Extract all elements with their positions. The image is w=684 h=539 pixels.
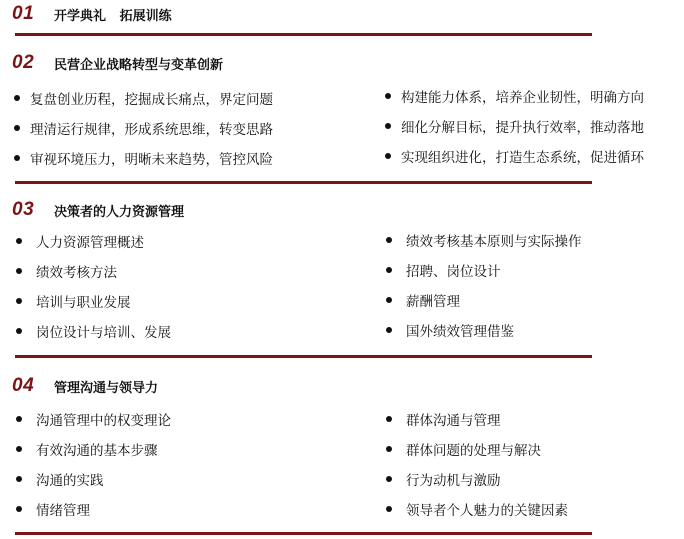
section-divider — [15, 181, 592, 184]
section-03-left-list: 人力资源管理概述 绩效考核方法 培训与职业发展 岗位设计与培训、发展 — [16, 226, 171, 346]
bullet-icon — [16, 416, 22, 422]
section-number: 03 — [12, 199, 54, 221]
bullet-icon — [386, 237, 392, 243]
section-04-left-list: 沟通管理中的权变理论 有效沟通的基本步骤 沟通的实践 情绪管理 — [16, 404, 171, 524]
bullet-icon — [16, 476, 22, 482]
section-number: 02 — [12, 52, 54, 74]
section-02-right-list: 构建能力体系，培养企业韧性，明确方向 细化分解目标，提升执行效率，推动落地 实现… — [385, 81, 644, 171]
section-title: 决策者的人力资源管理 — [54, 201, 184, 220]
list-item: 人力资源管理概述 — [16, 226, 171, 256]
list-item: 国外绩效管理借鉴 — [386, 315, 582, 345]
bullet-icon — [386, 446, 392, 452]
section-title: 民营企业战略转型与变革创新 — [54, 54, 223, 73]
list-item: 复盘创业历程，挖掘成长痛点，界定问题 — [14, 83, 273, 113]
list-item: 群体沟通与管理 — [386, 404, 568, 434]
list-item: 情绪管理 — [16, 494, 171, 524]
list-item: 绩效考核方法 — [16, 256, 171, 286]
section-divider — [15, 532, 592, 535]
bullet-icon — [16, 328, 22, 334]
section-03-right-list: 绩效考核基本原则与实际操作 招聘、岗位设计 薪酬管理 国外绩效管理借鉴 — [386, 225, 582, 345]
bullet-icon — [386, 476, 392, 482]
section-01-header: 01 开学典礼 拓展训练 — [12, 2, 172, 26]
section-03-header: 03 决策者的人力资源管理 — [12, 198, 184, 222]
list-item: 有效沟通的基本步骤 — [16, 434, 171, 464]
bullet-icon — [385, 93, 391, 99]
bullet-icon — [386, 297, 392, 303]
bullet-icon — [16, 298, 22, 304]
bullet-icon — [385, 153, 391, 159]
list-item: 沟通的实践 — [16, 464, 171, 494]
bullet-icon — [16, 446, 22, 452]
section-number: 01 — [12, 3, 54, 25]
section-04-right-list: 群体沟通与管理 群体问题的处理与解决 行为动机与激励 领导者个人魅力的关键因素 — [386, 404, 568, 524]
bullet-icon — [386, 267, 392, 273]
list-item: 行为动机与激励 — [386, 464, 568, 494]
bullet-icon — [385, 123, 391, 129]
bullet-icon — [14, 125, 20, 131]
bullet-icon — [16, 238, 22, 244]
list-item: 绩效考核基本原则与实际操作 — [386, 225, 582, 255]
section-divider — [15, 33, 592, 36]
list-item: 实现组织进化，打造生态系统，促进循环 — [385, 141, 644, 171]
section-title: 开学典礼 拓展训练 — [54, 5, 172, 24]
section-number: 04 — [12, 375, 54, 397]
bullet-icon — [16, 268, 22, 274]
bullet-icon — [386, 506, 392, 512]
list-item: 理清运行规律，形成系统思维，转变思路 — [14, 113, 273, 143]
section-02-header: 02 民营企业战略转型与变革创新 — [12, 51, 223, 75]
list-item: 领导者个人魅力的关键因素 — [386, 494, 568, 524]
list-item: 招聘、岗位设计 — [386, 255, 582, 285]
section-divider — [15, 355, 592, 358]
list-item: 构建能力体系，培养企业韧性，明确方向 — [385, 81, 644, 111]
list-item: 群体问题的处理与解决 — [386, 434, 568, 464]
list-item: 薪酬管理 — [386, 285, 582, 315]
section-02-left-list: 复盘创业历程，挖掘成长痛点，界定问题 理清运行规律，形成系统思维，转变思路 审视… — [14, 83, 273, 173]
bullet-icon — [16, 506, 22, 512]
list-item: 细化分解目标，提升执行效率，推动落地 — [385, 111, 644, 141]
bullet-icon — [386, 416, 392, 422]
bullet-icon — [14, 95, 20, 101]
list-item: 培训与职业发展 — [16, 286, 171, 316]
list-item: 沟通管理中的权变理论 — [16, 404, 171, 434]
list-item: 岗位设计与培训、发展 — [16, 316, 171, 346]
section-04-header: 04 管理沟通与领导力 — [12, 374, 158, 398]
section-title: 管理沟通与领导力 — [54, 377, 158, 396]
bullet-icon — [14, 155, 20, 161]
bullet-icon — [386, 327, 392, 333]
list-item: 审视环境压力，明晰未来趋势，管控风险 — [14, 143, 273, 173]
